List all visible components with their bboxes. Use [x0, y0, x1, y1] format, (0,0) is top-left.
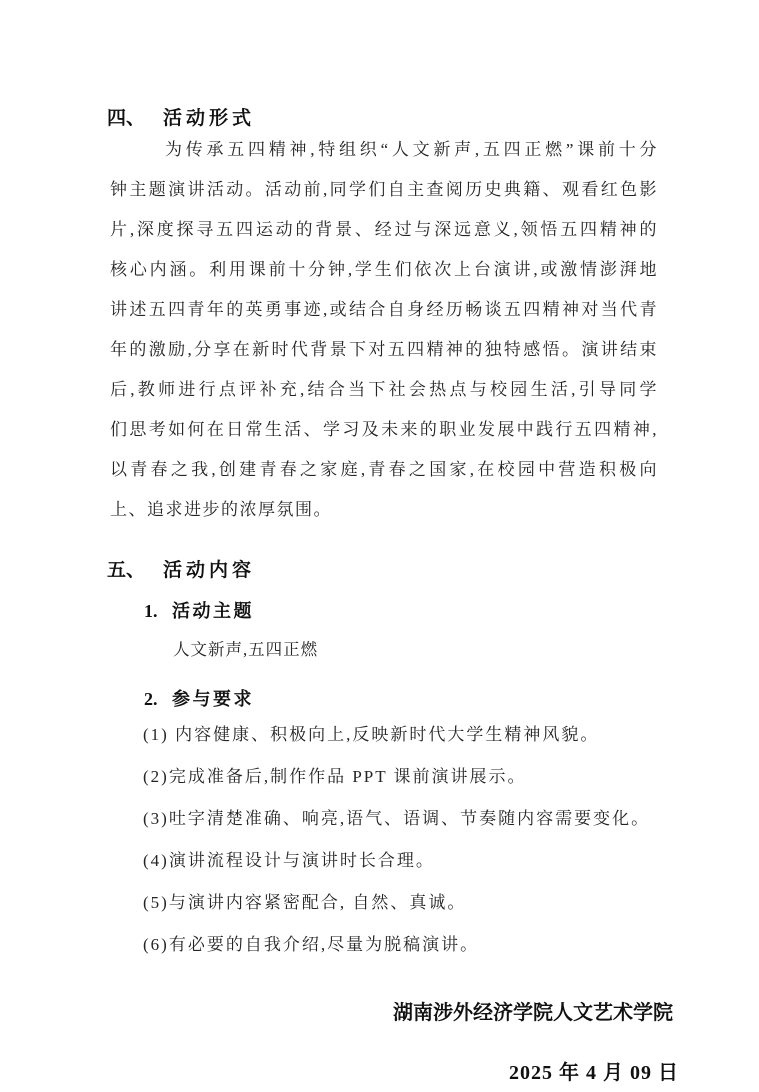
- subsection2-number: 2.: [144, 689, 172, 710]
- signature-date: 2025 年 4 月 09 日: [509, 1056, 679, 1085]
- paragraph-line: 钟主题演讲活动。活动前,同学们自主查阅历史典籍、观看红色影: [110, 170, 657, 210]
- subsection2-heading: 2.参与要求: [144, 685, 254, 711]
- section5-heading: 五、活动内容: [107, 555, 255, 582]
- subsection1-title: 活动主题: [172, 601, 254, 621]
- subsection2-title: 参与要求: [172, 689, 254, 709]
- section5-number: 五、: [107, 555, 163, 582]
- requirement-item: (5)与演讲内容紧密配合, 自然、真诚。: [143, 882, 703, 924]
- requirement-item: (1) 内容健康、积极向上,反映新时代大学生精神风貌。: [143, 714, 703, 756]
- requirement-item: (2)完成准备后,制作作品 PPT 课前演讲展示。: [143, 756, 703, 798]
- paragraph-line: 后,教师进行点评补充,结合当下社会热点与校园生活,引导同学: [110, 370, 657, 410]
- paragraph-line: 片,深度探寻五四运动的背景、经过与深远意义,领悟五四精神的: [110, 210, 657, 250]
- paragraph-line: 核心内涵。利用课前十分钟,学生们依次上台演讲,或激情澎湃地: [110, 250, 657, 290]
- requirement-item: (6)有必要的自我介绍,尽量为脱稿演讲。: [143, 924, 703, 966]
- paragraph-line: 们思考如何在日常生活、学习及未来的职业发展中践行五四精神,: [110, 410, 657, 450]
- document-page: 四、活动形式 为传承五四精神,特组织“人文新声,五四正燃”课前十分 钟主题演讲活…: [0, 0, 759, 1092]
- requirement-item: (3)吐字清楚准确、响亮,语气、语调、节奏随内容需要变化。: [143, 798, 703, 840]
- section4-title: 活动形式: [163, 108, 255, 129]
- signature-organization: 湖南涉外经济学院人文艺术学院: [393, 996, 673, 1025]
- paragraph-line: 以青春之我,创建青春之家庭,青春之国家,在校园中营造积极向: [110, 450, 657, 490]
- theme-text: 人文新声,五四正燃: [173, 637, 318, 663]
- subsection1-number: 1.: [144, 601, 172, 622]
- section4-number: 四、: [107, 103, 163, 130]
- requirement-item: (4)演讲流程设计与演讲时长合理。: [143, 840, 703, 882]
- paragraph-line: 讲述五四青年的英勇事迹,或结合自身经历畅谈五四精神对当代青: [110, 290, 657, 330]
- section5-title: 活动内容: [163, 560, 255, 581]
- subsection1-heading: 1.活动主题: [144, 597, 254, 623]
- paragraph-line: 上、追求进步的浓厚氛围。: [110, 490, 657, 530]
- section4-paragraph: 为传承五四精神,特组织“人文新声,五四正燃”课前十分 钟主题演讲活动。活动前,同…: [110, 130, 657, 530]
- requirement-list: (1) 内容健康、积极向上,反映新时代大学生精神风貌。 (2)完成准备后,制作作…: [143, 714, 703, 966]
- section4-heading: 四、活动形式: [107, 103, 255, 130]
- paragraph-line: 为传承五四精神,特组织“人文新声,五四正燃”课前十分: [110, 130, 657, 170]
- paragraph-line: 年的激励,分享在新时代背景下对五四精神的独特感悟。演讲结束: [110, 330, 657, 370]
